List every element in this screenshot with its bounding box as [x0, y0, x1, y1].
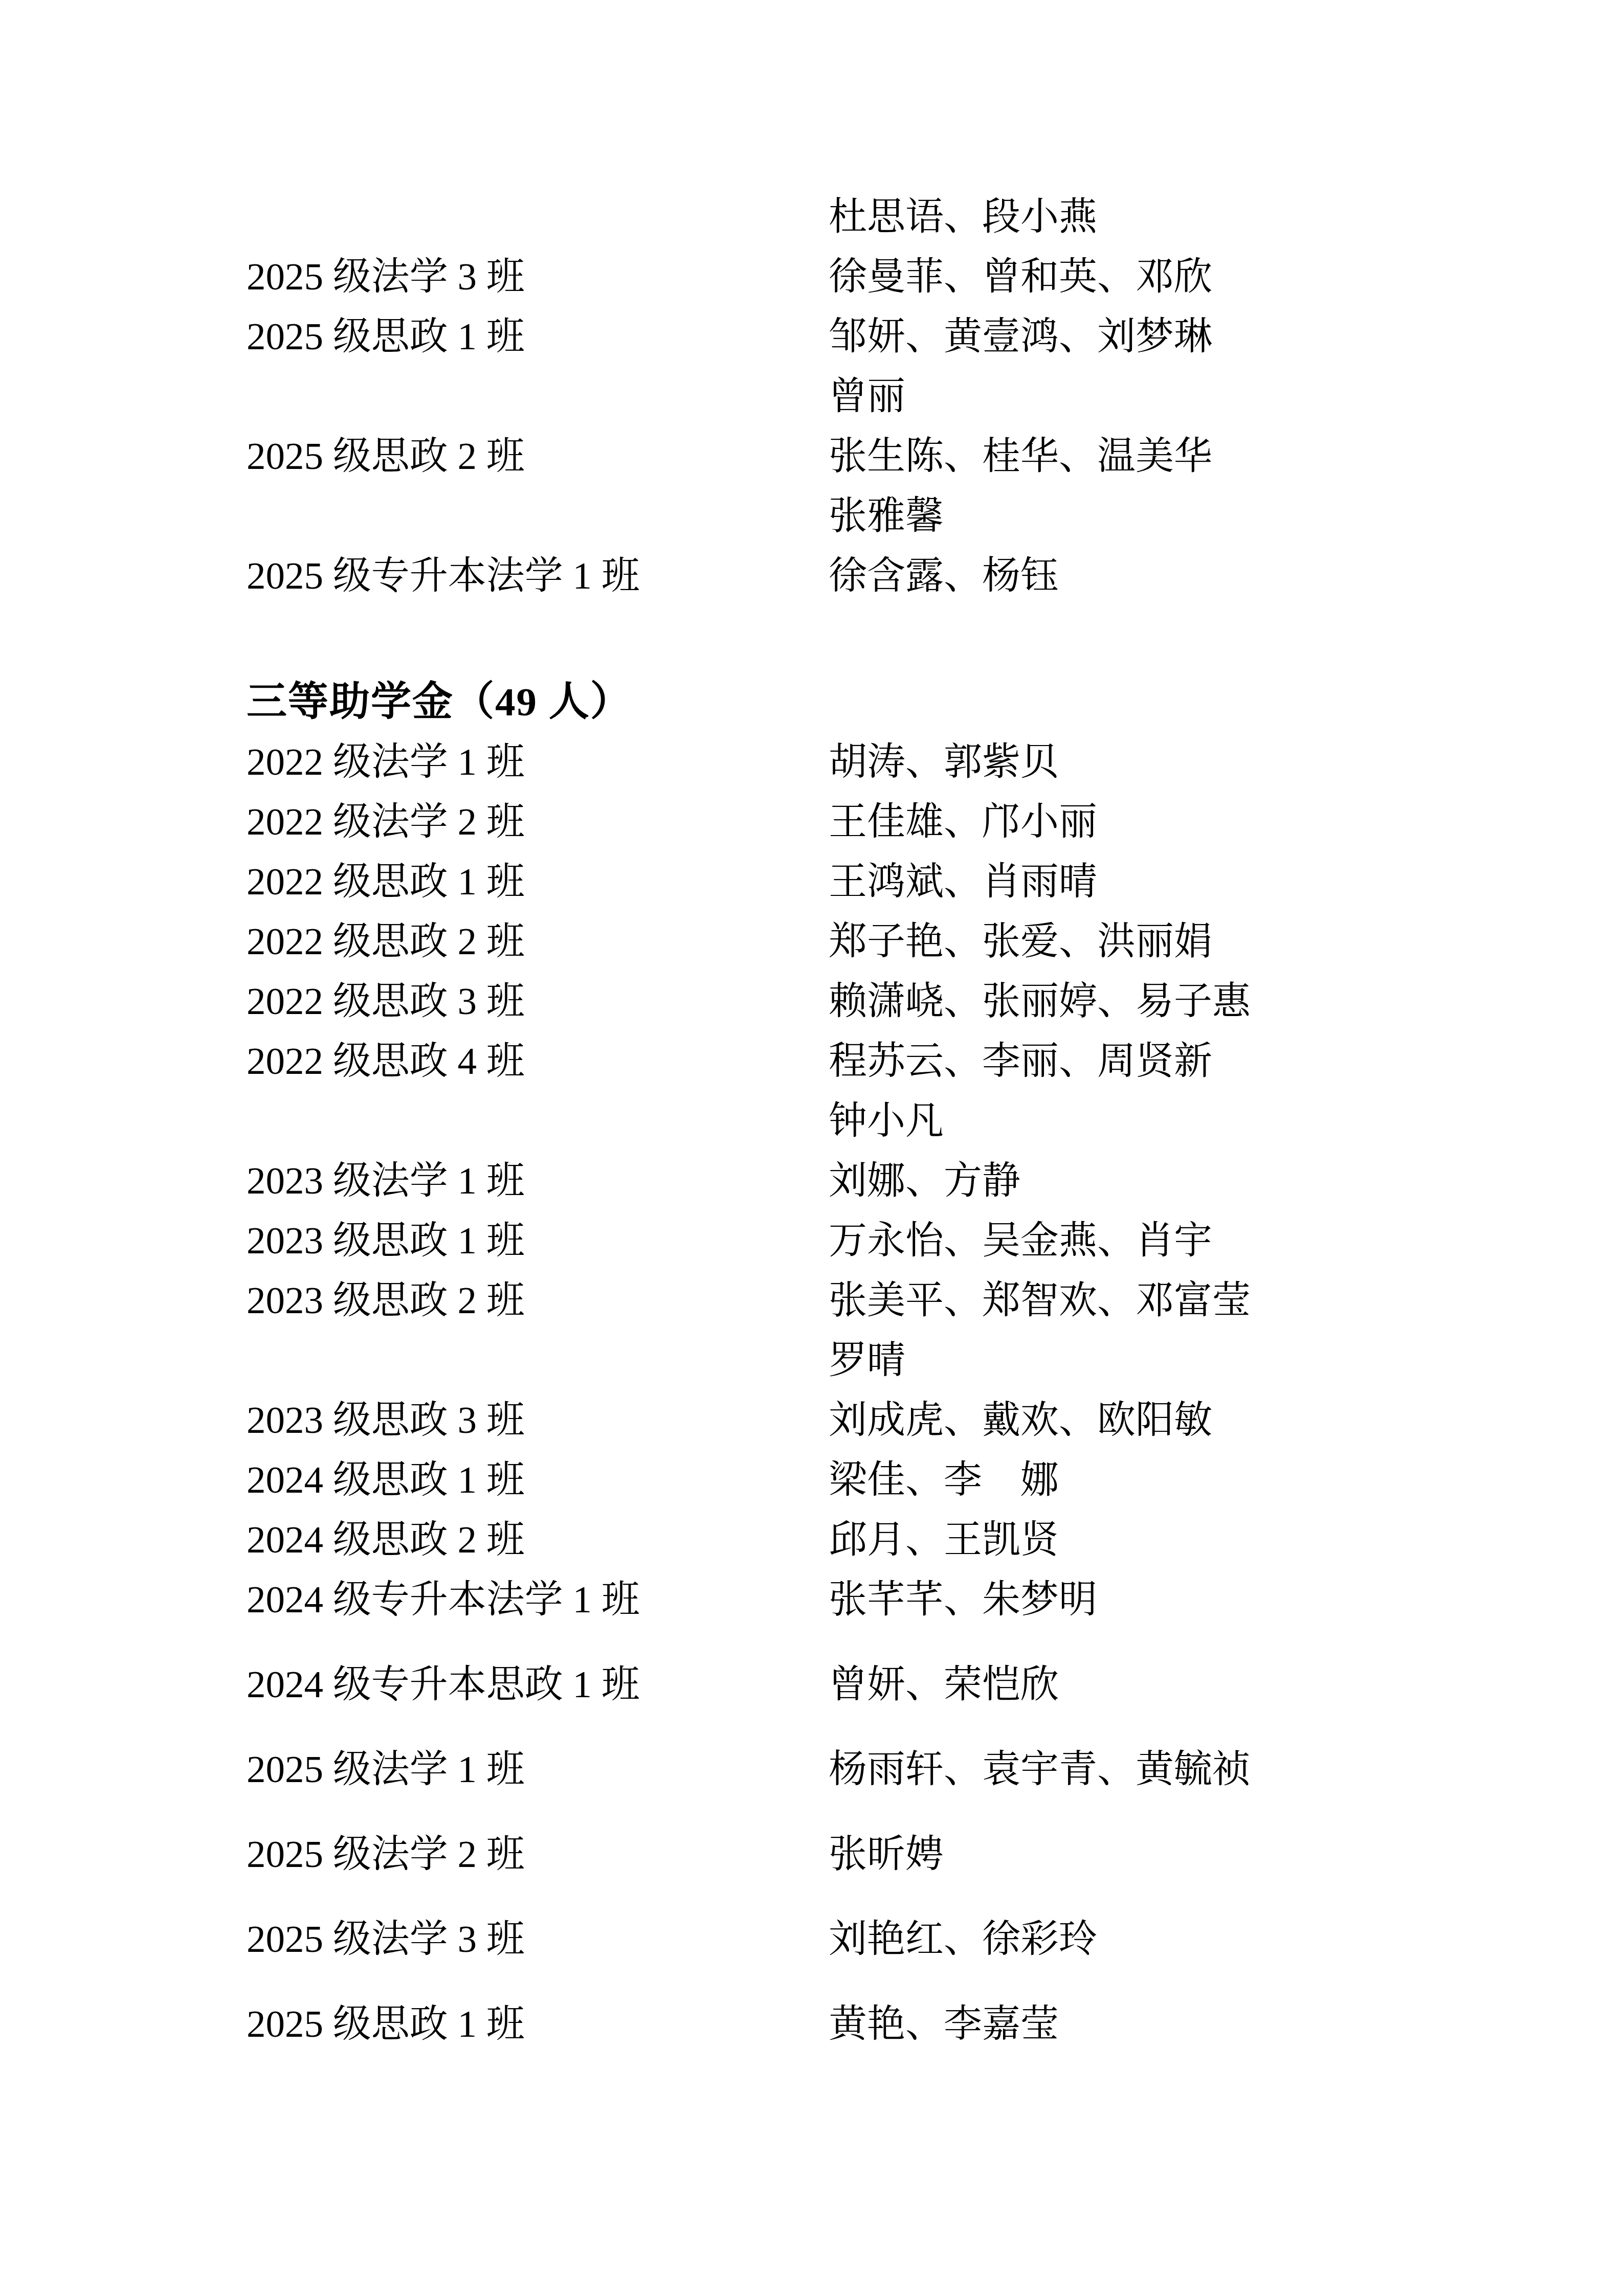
student-names: 邱月、王凯贤: [829, 1510, 1532, 1570]
student-names-line: 刘娜、方静: [829, 1151, 1532, 1211]
scholarship-row: 2024 级专升本法学 1 班 张芊芊、朱梦明: [247, 1570, 1532, 1630]
student-names-line: 张雅馨: [829, 486, 1532, 546]
student-names-line: 王鸿斌、肖雨晴: [829, 852, 1532, 912]
class-label: 2025 级法学 3 班: [247, 1909, 829, 1969]
student-names-line: 万永怡、吴金燕、肖宇: [829, 1211, 1532, 1271]
scholarship-row: 2025 级思政 1 班 黄艳、李嘉莹: [247, 1994, 1532, 2054]
student-names-line: 梁佳、李 娜: [829, 1450, 1532, 1510]
student-names: 万永怡、吴金燕、肖宇: [829, 1211, 1532, 1271]
student-names: 徐含露、杨钰: [829, 546, 1532, 606]
class-label: 2025 级法学 3 班: [247, 247, 829, 307]
student-names: 赖潇峣、张丽婷、易子惠: [829, 972, 1532, 1031]
class-label: 2023 级思政 1 班: [247, 1211, 829, 1271]
student-names: 张生陈、桂华、温美华张雅馨: [829, 426, 1532, 546]
class-label: 2022 级思政 2 班: [247, 912, 829, 972]
scholarship-row: 2025 级专升本法学 1 班 徐含露、杨钰: [247, 546, 1532, 606]
scholarship-row: 2025 级法学 3 班 徐曼菲、曾和英、邓欣: [247, 247, 1532, 307]
scholarship-row: 2025 级思政 1 班 邹妍、黄壹鸿、刘梦琳曾丽: [247, 307, 1532, 426]
student-names: 黄艳、李嘉莹: [829, 1994, 1532, 2054]
scholarship-row: 2022 级思政 1 班 王鸿斌、肖雨晴: [247, 852, 1532, 912]
student-names: 杨雨轩、袁宇青、黄毓祯: [829, 1740, 1532, 1799]
section: 三等助学金（49 人） 2022 级法学 1 班 胡涛、郭紫贝 2022 级法学…: [247, 672, 1532, 2054]
student-names: 张美平、郑智欢、邓富莹罗晴: [829, 1271, 1532, 1390]
student-names-line: 黄艳、李嘉莹: [829, 1994, 1532, 2054]
student-names-line: 杨雨轩、袁宇青、黄毓祯: [829, 1740, 1532, 1799]
class-label: 2024 级专升本法学 1 班: [247, 1570, 829, 1630]
student-names-line: 张生陈、桂华、温美华: [829, 426, 1532, 486]
class-label: 2022 级思政 1 班: [247, 852, 829, 912]
student-names: 王佳雄、邝小丽: [829, 792, 1532, 852]
section-heading: 三等助学金（49 人）: [247, 672, 1532, 732]
student-names-line: 钟小凡: [829, 1091, 1532, 1151]
class-label: 2025 级思政 1 班: [247, 1994, 829, 2054]
student-names: 张昕娉: [829, 1825, 1532, 1884]
scholarship-row: 2025 级思政 2 班 张生陈、桂华、温美华张雅馨: [247, 426, 1532, 546]
scholarship-row: 2022 级思政 4 班 程苏云、李丽、周贤新钟小凡: [247, 1031, 1532, 1151]
scholarship-row: 杜思语、段小燕: [247, 187, 1532, 247]
student-names-line: 刘艳红、徐彩玲: [829, 1909, 1532, 1969]
student-names-line: 曾丽: [829, 367, 1532, 426]
student-names-line: 张美平、郑智欢、邓富莹: [829, 1271, 1532, 1331]
scholarship-row: 2023 级思政 1 班 万永怡、吴金燕、肖宇: [247, 1211, 1532, 1271]
class-label: 2025 级思政 2 班: [247, 426, 829, 486]
student-names-line: 张芊芊、朱梦明: [829, 1570, 1532, 1630]
student-names: 曾妍、荣恺欣: [829, 1655, 1532, 1715]
class-label: 2022 级法学 1 班: [247, 732, 829, 792]
scholarship-row: 2024 级思政 1 班 梁佳、李 娜: [247, 1450, 1532, 1510]
class-label: 2023 级法学 1 班: [247, 1151, 829, 1211]
student-names: 徐曼菲、曾和英、邓欣: [829, 247, 1532, 307]
student-names-line: 邱月、王凯贤: [829, 1510, 1532, 1570]
class-label: 2024 级思政 1 班: [247, 1450, 829, 1510]
student-names-line: 徐含露、杨钰: [829, 546, 1532, 606]
student-names: 刘成虎、戴欢、欧阳敏: [829, 1390, 1532, 1450]
scholarship-row: 2023 级法学 1 班 刘娜、方静: [247, 1151, 1532, 1211]
student-names: 梁佳、李 娜: [829, 1450, 1532, 1510]
class-label: 2022 级思政 3 班: [247, 972, 829, 1031]
student-names: 胡涛、郭紫贝: [829, 732, 1532, 792]
class-label: 2022 级思政 4 班: [247, 1031, 829, 1091]
student-names-line: 罗晴: [829, 1331, 1532, 1390]
scholarship-row: 2023 级思政 3 班 刘成虎、戴欢、欧阳敏: [247, 1390, 1532, 1450]
student-names: 刘娜、方静: [829, 1151, 1532, 1211]
scholarship-row: 2024 级专升本思政 1 班 曾妍、荣恺欣: [247, 1655, 1532, 1715]
scholarship-row: 2023 级思政 2 班 张美平、郑智欢、邓富莹罗晴: [247, 1271, 1532, 1390]
class-label: 2025 级法学 2 班: [247, 1825, 829, 1884]
scholarship-row: 2024 级思政 2 班 邱月、王凯贤: [247, 1510, 1532, 1570]
student-names-line: 郑子艳、张爱、洪丽娟: [829, 912, 1532, 972]
scholarship-row: 2025 级法学 2 班 张昕娉: [247, 1825, 1532, 1884]
student-names: 王鸿斌、肖雨晴: [829, 852, 1532, 912]
class-label: 2022 级法学 2 班: [247, 792, 829, 852]
student-names: 郑子艳、张爱、洪丽娟: [829, 912, 1532, 972]
student-names-line: 邹妍、黄壹鸿、刘梦琳: [829, 307, 1532, 367]
scholarship-row: 2022 级思政 3 班 赖潇峣、张丽婷、易子惠: [247, 972, 1532, 1031]
class-label: 2025 级法学 1 班: [247, 1740, 829, 1799]
student-names-line: 曾妍、荣恺欣: [829, 1655, 1532, 1715]
class-label: 2023 级思政 3 班: [247, 1390, 829, 1450]
student-names-line: 徐曼菲、曾和英、邓欣: [829, 247, 1532, 307]
scholarship-row: 2022 级法学 2 班 王佳雄、邝小丽: [247, 792, 1532, 852]
student-names: 邹妍、黄壹鸿、刘梦琳曾丽: [829, 307, 1532, 426]
student-names-line: 赖潇峣、张丽婷、易子惠: [829, 972, 1532, 1031]
document-page: 杜思语、段小燕 2025 级法学 3 班 徐曼菲、曾和英、邓欣 2025 级思政…: [0, 0, 1624, 2296]
student-names: 杜思语、段小燕: [829, 187, 1532, 247]
student-names-line: 杜思语、段小燕: [829, 187, 1532, 247]
scholarship-row: 2025 级法学 3 班 刘艳红、徐彩玲: [247, 1909, 1532, 1969]
class-label: 2024 级专升本思政 1 班: [247, 1655, 829, 1715]
class-label: 2025 级思政 1 班: [247, 307, 829, 367]
scholarship-row: 2022 级法学 1 班 胡涛、郭紫贝: [247, 732, 1532, 792]
student-names-line: 胡涛、郭紫贝: [829, 732, 1532, 792]
student-names-line: 张昕娉: [829, 1825, 1532, 1884]
scholarship-row: 2025 级法学 1 班 杨雨轩、袁宇青、黄毓祯: [247, 1740, 1532, 1799]
student-names-line: 程苏云、李丽、周贤新: [829, 1031, 1532, 1091]
class-label: 2025 级专升本法学 1 班: [247, 546, 829, 606]
class-label: 2024 级思政 2 班: [247, 1510, 829, 1570]
student-names-line: 刘成虎、戴欢、欧阳敏: [829, 1390, 1532, 1450]
student-names: 刘艳红、徐彩玲: [829, 1909, 1532, 1969]
student-names: 张芊芊、朱梦明: [829, 1570, 1532, 1630]
student-names: 程苏云、李丽、周贤新钟小凡: [829, 1031, 1532, 1151]
scholarship-row: 2022 级思政 2 班 郑子艳、张爱、洪丽娟: [247, 912, 1532, 972]
class-label: 2023 级思政 2 班: [247, 1271, 829, 1331]
student-names-line: 王佳雄、邝小丽: [829, 792, 1532, 852]
page-content: 杜思语、段小燕 2025 级法学 3 班 徐曼菲、曾和英、邓欣 2025 级思政…: [0, 0, 1624, 2054]
section: 杜思语、段小燕 2025 级法学 3 班 徐曼菲、曾和英、邓欣 2025 级思政…: [247, 187, 1532, 606]
